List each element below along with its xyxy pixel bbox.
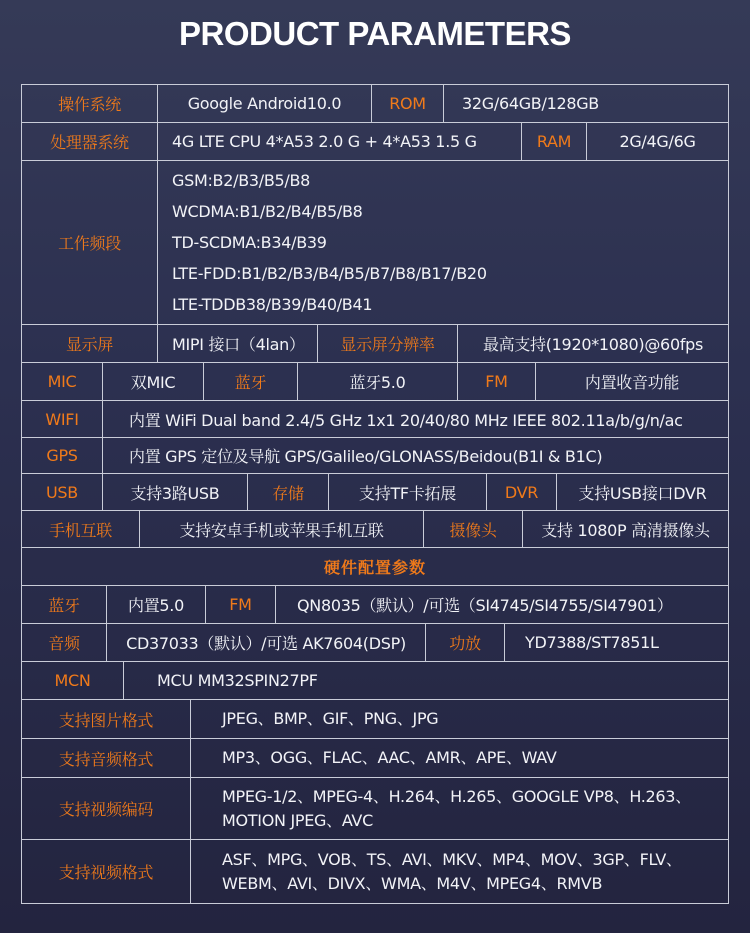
- dvr-value: 支持USB接口DVR: [557, 474, 728, 511]
- format-line: JPEG、BMP、GIF、PNG、JPG: [222, 707, 438, 731]
- parameters-table: 操作系统 Google Android10.0 ROM 32G/64GB/128…: [21, 84, 729, 904]
- amplifier-value: YD7388/ST7851L: [505, 624, 728, 662]
- mic-label: MIC: [22, 363, 103, 401]
- audio-format-value: MP3、OGG、FLAC、AAC、AMR、APE、WAV: [191, 739, 728, 778]
- video-format-value: ASF、MPG、VOB、TS、AVI、MKV、MP4、MOV、3GP、FLV、 …: [191, 840, 728, 903]
- audio-format-label: 支持音频格式: [22, 739, 191, 778]
- format-line: MOTION JPEG、AVC: [222, 809, 373, 833]
- dvr-label: DVR: [487, 474, 557, 511]
- hw-fm-value: QN8035（默认）/可选（SI4745/SI4755/SI47901）: [276, 586, 728, 624]
- hw-fm-label: FM: [206, 586, 276, 624]
- os-value: Google Android10.0: [158, 85, 372, 123]
- hw-bluetooth-value: 内置5.0: [107, 586, 206, 624]
- rom-value: 32G/64GB/128GB: [444, 85, 728, 123]
- resolution-value: 最高支持(1920*1080)@60fps: [458, 325, 728, 363]
- resolution-label: 显示屏分辨率: [318, 325, 458, 363]
- cpu-value: 4G LTE CPU 4*A53 2.0 G + 4*A53 1.5 G: [158, 123, 522, 161]
- usb-label: USB: [22, 474, 103, 511]
- cpu-label: 处理器系统: [22, 123, 158, 161]
- fm-value: 内置收音功能: [536, 363, 728, 401]
- bluetooth-value: 蓝牙5.0: [298, 363, 458, 401]
- amplifier-label: 功放: [426, 624, 505, 662]
- band-line: WCDMA:B1/B2/B4/B5/B8: [172, 196, 363, 227]
- audio-chip-label: 音频: [22, 624, 107, 662]
- video-codec-value: MPEG-1/2、MPEG-4、H.264、H.265、GOOGLE VP8、H…: [191, 778, 728, 840]
- phone-link-label: 手机互联: [22, 511, 140, 548]
- format-line: MP3、OGG、FLAC、AAC、AMR、APE、WAV: [222, 746, 557, 770]
- bluetooth-label: 蓝牙: [204, 363, 298, 401]
- wifi-value: 内置 WiFi Dual band 2.4/5 GHz 1x1 20/40/80…: [103, 401, 728, 438]
- display-label: 显示屏: [22, 325, 158, 363]
- format-line: WEBM、AVI、DIVX、WMA、M4V、MPEG4、RMVB: [222, 872, 602, 896]
- fm-label: FM: [458, 363, 536, 401]
- image-format-value: JPEG、BMP、GIF、PNG、JPG: [191, 700, 728, 739]
- video-codec-label: 支持视频编码: [22, 778, 191, 840]
- phone-link-value: 支持安卓手机或苹果手机互联: [140, 511, 424, 548]
- format-line: ASF、MPG、VOB、TS、AVI、MKV、MP4、MOV、3GP、FLV、: [222, 848, 682, 872]
- bands-label: 工作频段: [22, 161, 158, 325]
- mcn-label: MCN: [22, 662, 124, 700]
- camera-value: 支持 1080P 高清摄像头: [523, 511, 728, 548]
- mic-value: 双MIC: [103, 363, 204, 401]
- hardware-section-header: 硬件配置参数: [22, 548, 728, 586]
- format-line: MPEG-1/2、MPEG-4、H.264、H.265、GOOGLE VP8、H…: [222, 785, 691, 809]
- os-label: 操作系统: [22, 85, 158, 123]
- gps-label: GPS: [22, 438, 103, 474]
- storage-label: 存储: [248, 474, 329, 511]
- camera-label: 摄像头: [424, 511, 523, 548]
- image-format-label: 支持图片格式: [22, 700, 191, 739]
- storage-value: 支持TF卡拓展: [329, 474, 487, 511]
- ram-value: 2G/4G/6G: [587, 123, 728, 161]
- page-title: PRODUCT PARAMETERS: [0, 12, 750, 56]
- band-line: LTE-TDDB38/B39/B40/B41: [172, 289, 372, 320]
- gps-value: 内置 GPS 定位及导航 GPS/Galileo/GLONASS/Beidou(…: [103, 438, 728, 474]
- band-line: LTE-FDD:B1/B2/B3/B4/B5/B7/B8/B17/B20: [172, 258, 487, 289]
- band-line: GSM:B2/B3/B5/B8: [172, 165, 310, 196]
- bands-list: GSM:B2/B3/B5/B8 WCDMA:B1/B2/B4/B5/B8 TD-…: [158, 161, 728, 325]
- band-line: TD-SCDMA:B34/B39: [172, 227, 327, 258]
- usb-value: 支持3路USB: [103, 474, 248, 511]
- hw-bluetooth-label: 蓝牙: [22, 586, 107, 624]
- audio-chip-value: CD37033（默认）/可选 AK7604(DSP): [107, 624, 426, 662]
- rom-label: ROM: [372, 85, 444, 123]
- video-format-label: 支持视频格式: [22, 840, 191, 903]
- display-value: MIPI 接口（4lan）: [158, 325, 318, 363]
- ram-label: RAM: [522, 123, 587, 161]
- mcn-value: MCU MM32SPIN27PF: [124, 662, 728, 700]
- wifi-label: WIFI: [22, 401, 103, 438]
